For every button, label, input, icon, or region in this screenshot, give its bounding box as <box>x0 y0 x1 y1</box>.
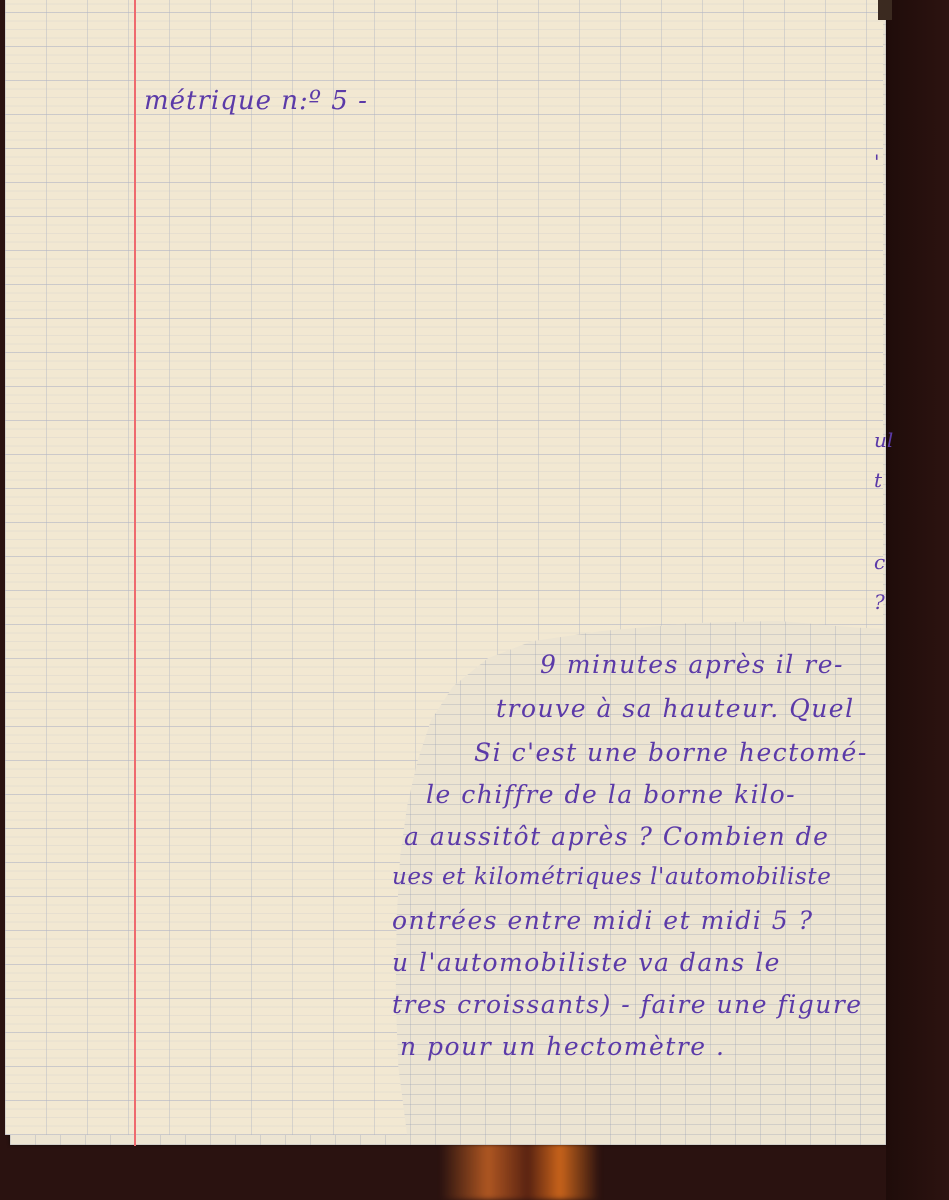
edge-fragment: t <box>874 468 882 492</box>
page-corner <box>878 0 892 20</box>
dark-backdrop <box>886 0 949 1200</box>
backdrop-light-glow <box>440 1140 600 1200</box>
edge-text-fragments: ' ul t c ? <box>874 150 888 630</box>
page-heading: métrique n:º 5 - <box>144 86 368 116</box>
edge-fragment: c <box>874 550 885 574</box>
edge-fragment: ' <box>874 150 880 174</box>
edge-fragment: ? <box>874 590 885 614</box>
red-margin-line <box>134 0 136 1146</box>
edge-fragment: ul <box>874 428 893 452</box>
